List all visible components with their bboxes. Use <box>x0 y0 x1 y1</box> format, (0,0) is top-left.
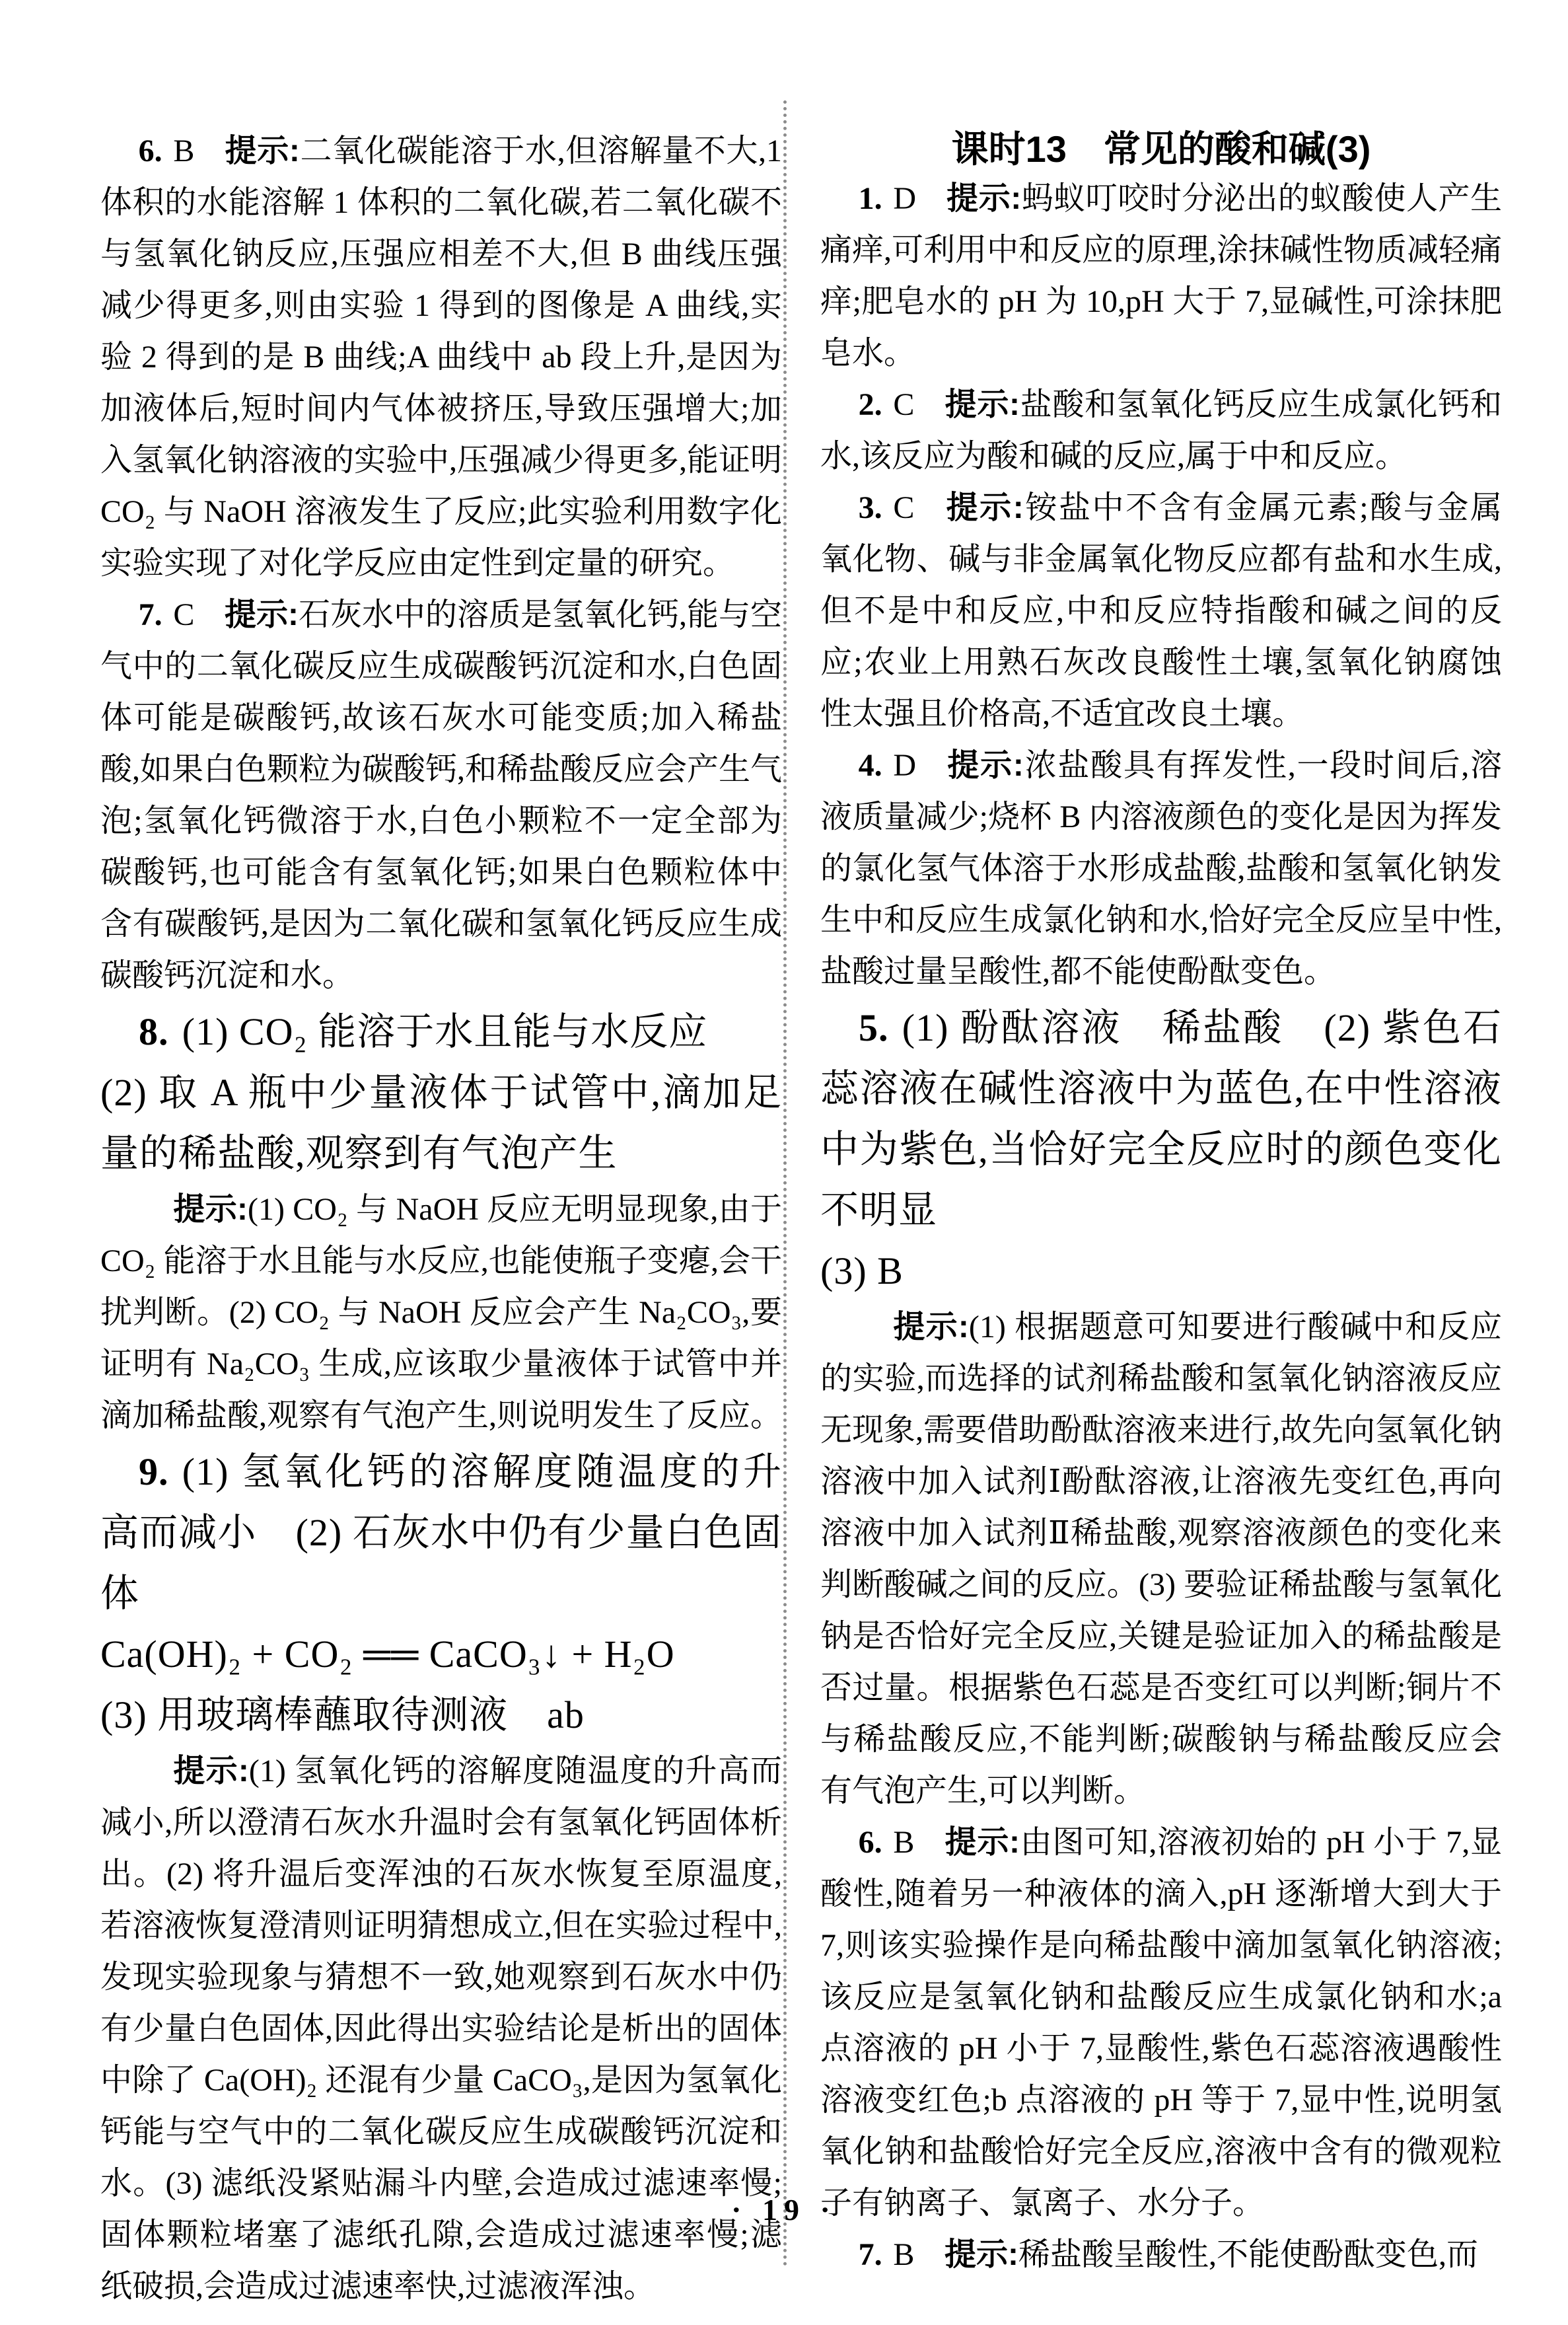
item-number: 8. <box>139 1010 169 1053</box>
item-answer-letter: B <box>173 133 194 168</box>
hint-text: 石灰水中的溶质是氢氧化钙,能与空气中的二氧化碳反应生成碳酸钙沉淀和水,白色固体可… <box>100 597 782 993</box>
hint-label: 提示: <box>944 2237 1018 2272</box>
item-number: 3. <box>859 490 882 525</box>
chemical-equation: Ca(OH)₂ + CO₂ ══ CaCO₃↓ + H₂O <box>100 1624 782 1685</box>
item-answer-letter: D <box>893 181 916 216</box>
answer-item-3: 3.C提示:铵盐中不含有金属元素;酸与金属氧化物、碱与非金属氧化物反应都有盐和水… <box>820 482 1502 740</box>
scanned-answer-page: { "page": { "number_display": "· 19 ·" }… <box>0 0 1568 2325</box>
hint-text: 由图可知,溶液初始的 pH 小于 7,显酸性,随着另一种液体的滴入,pH 逐渐增… <box>820 1825 1502 2221</box>
answer-text: (1) 酚酞溶液 稀盐酸 (2) 紫色石蕊溶液在碱性溶液中为蓝色,在中性溶液中为… <box>820 1006 1502 1232</box>
hint-text: 蚂蚁叮咬时分泌出的蚁酸使人产生痛痒,可利用中和反应的原理,涂抹碱性物质减轻痛痒;… <box>820 181 1502 371</box>
item-number: 4. <box>859 748 882 783</box>
answer-item-8-hint: 提示:(1) CO₂ 与 NaOH 反应无明显现象,由于 CO₂ 能溶于水且能与… <box>100 1184 782 1442</box>
left-column: 6.B提示:二氧化碳能溶于水,但溶解量不大,1 体积的水能溶解 1 体积的二氧化… <box>100 126 782 2312</box>
hint-label: 提示: <box>173 1192 248 1227</box>
answer-item-5-part2: (3) B <box>820 1241 1502 1302</box>
answer-item-5-hint: 提示:(1) 根据题意可知要进行酸碱中和反应的实验,而选择的试剂稀盐酸和氢氧化钠… <box>820 1302 1502 1817</box>
answer-item-1: 1.D提示:蚂蚁叮咬时分泌出的蚁酸使人产生痛痒,可利用中和反应的原理,涂抹碱性物… <box>820 173 1502 379</box>
item-number: 5. <box>859 1006 889 1049</box>
answer-item-2: 2.C提示:盐酸和氢氧化钙反应生成氯化钙和水,该反应为酸和碱的反应,属于中和反应… <box>820 379 1502 482</box>
answer-item-8-part1: 8.(1) CO₂ 能溶于水且能与水反应 <box>100 1002 782 1062</box>
page-number: · 19 · <box>0 2192 1568 2227</box>
answer-item-6r: 6.B提示:由图可知,溶液初始的 pH 小于 7,显酸性,随着另一种液体的滴入,… <box>820 1817 1502 2229</box>
hint-label: 提示: <box>944 1825 1020 1860</box>
answer-item-9-part3: (3) 用玻璃棒蘸取待测液 ab <box>100 1685 782 1746</box>
hint-text: (1) CO₂ 与 NaOH 反应无明显现象,由于 CO₂ 能溶于水且能与水反应… <box>100 1192 782 1433</box>
hint-text: 二氧化碳能溶于水,但溶解量不大,1 体积的水能溶解 1 体积的二氧化碳,若二氧化… <box>100 133 782 581</box>
answer-item-8-part2: (2) 取 A 瓶中少量液体于试管中,滴加足量的稀盐酸,观察到有气泡产生 <box>100 1062 782 1184</box>
item-answer-letter: B <box>893 1825 914 1860</box>
hint-label: 提示: <box>173 1753 249 1789</box>
item-number: 2. <box>859 387 882 422</box>
item-answer-letter: C <box>893 490 914 525</box>
hint-label: 提示: <box>946 181 1022 216</box>
answer-item-4: 4.D提示:浓盐酸具有挥发性,一段时间后,溶液质量减少;烧杯 B 内溶液颜色的变… <box>820 740 1502 998</box>
item-number: 6. <box>139 133 162 168</box>
hint-text: (1) 根据题意可知要进行酸碱中和反应的实验,而选择的试剂稀盐酸和氢氧化钠溶液反… <box>820 1310 1502 1808</box>
answer-text: (1) 氢氧化钙的溶解度随温度的升高而减小 (2) 石灰水中仍有少量白色固体 <box>100 1450 782 1615</box>
answer-item-7: 7.C提示:石灰水中的溶质是氢氧化钙,能与空气中的二氧化碳反应生成碳酸钙沉淀和水… <box>100 589 782 1002</box>
answer-item-7r: 7.B提示:稀盐酸呈酸性,不能使酚酞变色,而 <box>820 2229 1502 2281</box>
hint-label: 提示: <box>225 133 300 168</box>
item-number: 6. <box>859 1825 882 1860</box>
hint-text: 铵盐中不含有金属元素;酸与金属氧化物、碱与非金属氧化物反应都有盐和水生成,但不是… <box>820 490 1502 731</box>
hint-label: 提示: <box>893 1310 969 1345</box>
item-number: 7. <box>139 597 162 632</box>
item-answer-letter: C <box>173 597 194 632</box>
item-answer-letter: B <box>893 2237 914 2272</box>
column-divider <box>783 100 787 2268</box>
hint-text: 稀盐酸呈酸性,不能使酚酞变色,而 <box>1018 2237 1478 2272</box>
item-number: 9. <box>139 1450 169 1493</box>
answer-item-6: 6.B提示:二氧化碳能溶于水,但溶解量不大,1 体积的水能溶解 1 体积的二氧化… <box>100 126 782 589</box>
hint-label: 提示: <box>946 748 1024 783</box>
item-answer-letter: D <box>893 748 916 783</box>
answer-item-9-part1: 9.(1) 氢氧化钙的溶解度随温度的升高而减小 (2) 石灰水中仍有少量白色固体 <box>100 1442 782 1624</box>
answer-item-9-hint: 提示:(1) 氢氧化钙的溶解度随温度的升高而减小,所以澄清石灰水升温时会有氢氧化… <box>100 1746 782 2312</box>
answer-item-5-part1: 5.(1) 酚酞溶液 稀盐酸 (2) 紫色石蕊溶液在碱性溶液中为蓝色,在中性溶液… <box>820 998 1502 1241</box>
hint-label: 提示: <box>944 387 1020 422</box>
item-answer-letter: C <box>893 387 914 422</box>
answer-text: (1) CO₂ 能溶于水且能与水反应 <box>182 1010 707 1053</box>
hint-text: 浓盐酸具有挥发性,一段时间后,溶液质量减少;烧杯 B 内溶液颜色的变化是因为挥发… <box>820 748 1502 989</box>
item-number: 7. <box>859 2237 882 2272</box>
right-column: 课时13 常见的酸和碱(3) 1.D提示:蚂蚁叮咬时分泌出的蚁酸使人产生痛痒,可… <box>820 126 1502 2281</box>
hint-text: 盐酸和氢氧化钙反应生成氯化钙和水,该反应为酸和碱的反应,属于中和反应。 <box>820 387 1502 474</box>
item-number: 1. <box>859 181 882 216</box>
hint-label: 提示: <box>225 597 299 632</box>
hint-label: 提示: <box>944 490 1024 525</box>
lesson-header: 课时13 常见的酸和碱(3) <box>820 126 1502 173</box>
